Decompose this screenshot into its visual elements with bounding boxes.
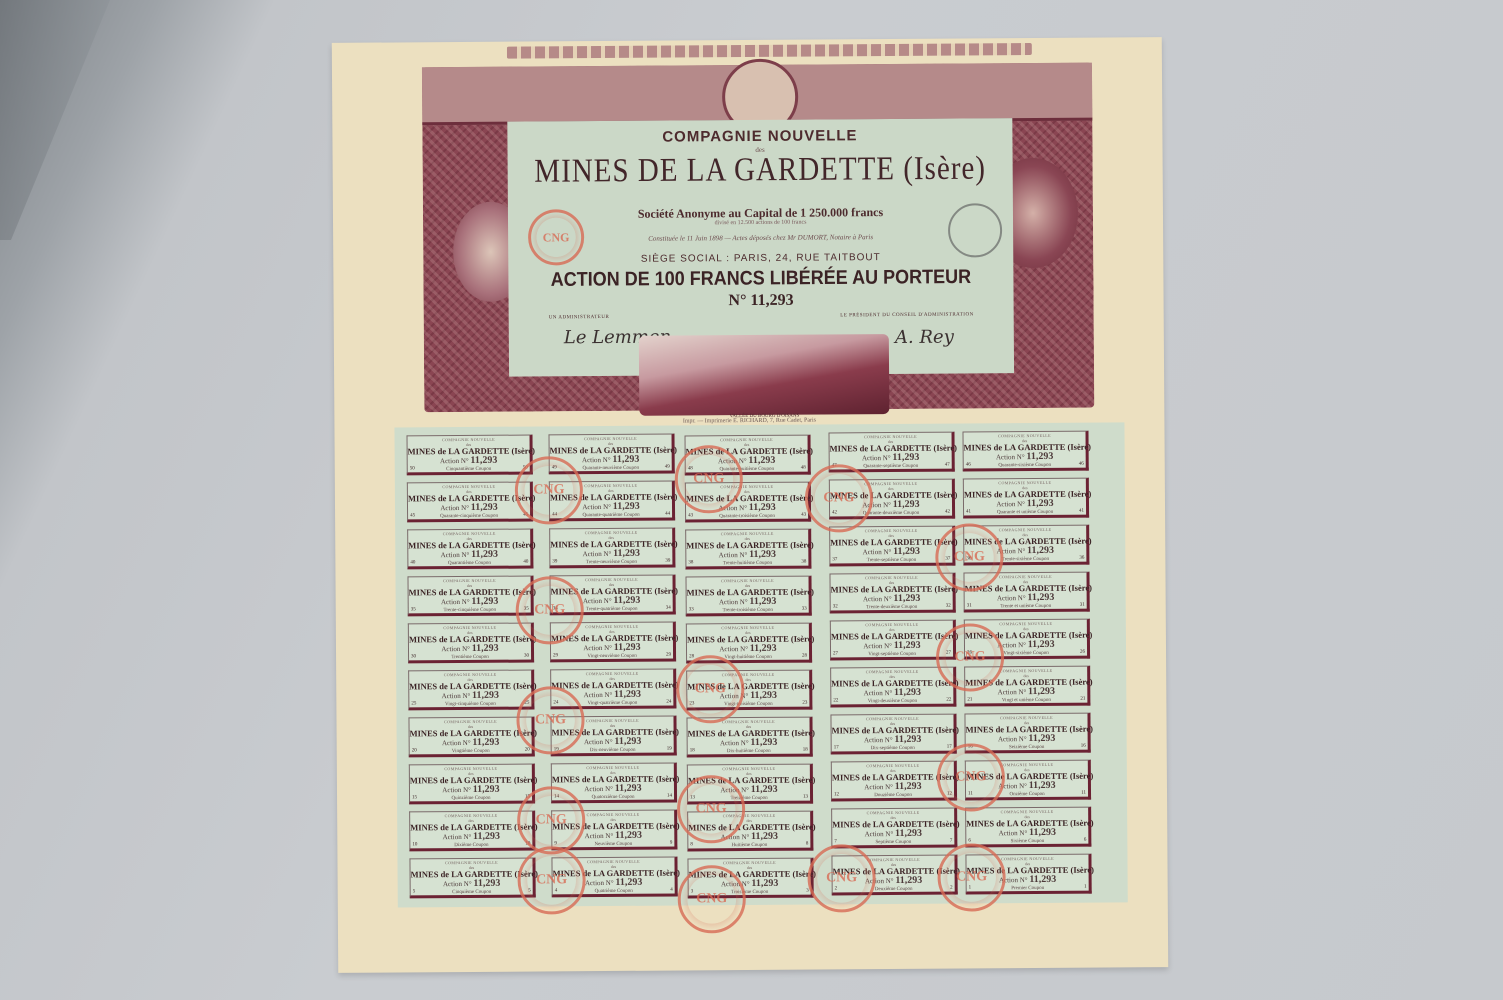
coupon-22: COMPAGNIE NOUVELLEdesMINES de LA GARDETT… xyxy=(830,667,956,708)
coupon-action-label: Action N° xyxy=(864,783,893,791)
coupon-number: 11,293 xyxy=(471,549,498,560)
coupon-action-label: Action N° xyxy=(998,688,1027,696)
coupon-index-right: 8 xyxy=(806,842,809,847)
coupon-number: 11,293 xyxy=(1029,827,1056,838)
coupon-index-right: 36 xyxy=(1079,556,1084,561)
coupon-38: COMPAGNIE NOUVELLEdesMINES de LA GARDETT… xyxy=(685,529,811,570)
coupon-action: Action N° 11,293 xyxy=(408,549,530,561)
coupon-number: 11,293 xyxy=(894,687,921,698)
coupon-number: 11,293 xyxy=(615,783,642,794)
coupon-label: Vingtième Coupon xyxy=(410,749,532,755)
coupon-number: 11,293 xyxy=(750,737,777,748)
coupon-action: Action N° 11,293 xyxy=(408,502,530,514)
coupon-action-label: Action N° xyxy=(440,504,469,512)
coupon-index-right: 24 xyxy=(666,700,671,705)
coupon-action-label: Action N° xyxy=(996,453,1025,461)
coupon-label: Cinquième Coupon xyxy=(411,890,533,896)
coupon-40: COMPAGNIE NOUVELLEdesMINES de LA GARDETT… xyxy=(407,529,533,570)
coupon-number: 11,293 xyxy=(1028,733,1055,744)
coupon-33: COMPAGNIE NOUVELLEdesMINES de LA GARDETT… xyxy=(685,576,811,617)
coupon-32: COMPAGNIE NOUVELLEdesMINES de LA GARDETT… xyxy=(829,573,955,614)
number-value: 11,293 xyxy=(750,292,793,309)
coupon-number: 11,293 xyxy=(895,875,922,886)
coupon-action: Action N° 11,293 xyxy=(687,643,809,655)
coupon-number: 11,293 xyxy=(1027,498,1054,509)
coupon-action-label: Action N° xyxy=(441,551,470,559)
coupon-label: Quarante-troisième Coupon xyxy=(686,514,808,520)
coupon-index-right: 34 xyxy=(666,606,671,611)
coupon-action-label: Action N° xyxy=(864,736,893,744)
coupon-index-right: 9 xyxy=(670,841,673,846)
coupon-number: 11,293 xyxy=(615,830,642,841)
coupon-index-right: 18 xyxy=(803,748,808,753)
coupon-index-right: 46 xyxy=(1079,462,1084,467)
coupon-action-label: Action N° xyxy=(442,692,471,700)
coupon-action: Action N° 11,293 xyxy=(410,737,532,749)
red-seal-stamp: CNG xyxy=(515,576,583,644)
red-seal-stamp: CNG xyxy=(515,456,583,524)
coupon-index-right: 4 xyxy=(670,888,673,893)
coupon-number: 11,293 xyxy=(472,643,499,654)
coupon-number: 11,293 xyxy=(614,689,641,700)
coupon-index-right: 29 xyxy=(666,653,671,658)
red-seal-stamp: CNG xyxy=(805,464,873,532)
coupon-label: Cinquantième Coupon xyxy=(408,467,530,473)
coupon-label: Quarantième Coupon xyxy=(408,561,530,567)
coupon-label: Trente et unième Coupon xyxy=(965,604,1087,610)
coupon-number: 11,293 xyxy=(1029,874,1056,885)
coupon-action: Action N° 11,293 xyxy=(411,878,533,890)
coupon-action-label: Action N° xyxy=(720,739,749,747)
coupon-action: Action N° 11,293 xyxy=(831,593,953,605)
coupon-number: 11,293 xyxy=(615,877,642,888)
coupon-index-right: 41 xyxy=(1079,509,1084,514)
coupon-label: Vingt-cinquième Coupon xyxy=(409,702,531,708)
coupon-label: Sixième Coupon xyxy=(966,839,1088,845)
red-seal-stamp: CNG xyxy=(937,843,1005,911)
coupon-label: Dixième Coupon xyxy=(410,843,532,849)
coupon-action-label: Action N° xyxy=(999,829,1028,837)
coupon-label: Douzième Coupon xyxy=(832,793,954,799)
coupon-label: Trente-neuvième Coupon xyxy=(550,560,672,566)
coupon-label: Quarante et unième Coupon xyxy=(964,510,1086,516)
coupon-action: Action N° 11,293 xyxy=(831,687,953,699)
coupon-label: Trente-huitième Coupon xyxy=(686,561,808,567)
coupon-label: Quarante-cinquième Coupon xyxy=(408,514,530,520)
coupon-action: Action N° 11,293 xyxy=(832,734,954,746)
red-seal-stamp: CNG xyxy=(935,523,1003,591)
coupon-index-right: 38 xyxy=(801,560,806,565)
coupon-action-label: Action N° xyxy=(585,832,614,840)
head-office-line: SIÈGE SOCIAL : PARIS, 24, RUE TAITBOUT xyxy=(508,251,1013,266)
coupon-index-right: 21 xyxy=(1080,697,1085,702)
coupon-action-label: Action N° xyxy=(584,738,613,746)
coupon-label: Trente-septième Coupon xyxy=(830,558,952,564)
coupon-50: COMPAGNIE NOUVELLEdesMINES de LA GARDETT… xyxy=(407,435,533,476)
coupon-action-label: Action N° xyxy=(865,830,894,838)
administrator-label: UN ADMINISTRATEUR xyxy=(549,315,610,320)
coupon-action-label: Action N° xyxy=(585,879,614,887)
red-seal-stamp: CNG xyxy=(676,655,744,723)
coupon-number: 11,293 xyxy=(614,736,641,747)
valley-landscape-vignette: VALLÉE DU BOURG D'OISANS xyxy=(639,334,890,416)
coupon-action: Action N° 11,293 xyxy=(830,546,952,558)
number-label: N° xyxy=(728,292,746,309)
coupon-action: Action N° 11,293 xyxy=(409,596,531,608)
red-seal-stamp: CNG xyxy=(678,865,746,933)
coupon-action-label: Action N° xyxy=(996,500,1025,508)
coupon-action-label: Action N° xyxy=(583,644,612,652)
coupon-action: Action N° 11,293 xyxy=(966,733,1088,745)
coupon-action-label: Action N° xyxy=(582,456,611,464)
coupon-action: Action N° 11,293 xyxy=(409,643,531,655)
coupon-25: COMPAGNIE NOUVELLEdesMINES de LA GARDETT… xyxy=(408,670,534,711)
coupon-number: 11,293 xyxy=(751,878,778,889)
coupon-action-label: Action N° xyxy=(719,645,748,653)
coupon-action-label: Action N° xyxy=(442,739,471,747)
coupon-number: 11,293 xyxy=(1028,686,1055,697)
certificate-title: MINES DE LA GARDETTE (Isère) xyxy=(508,150,1013,191)
coupon-number: 11,293 xyxy=(895,781,922,792)
coupon-action: Action N° 11,293 xyxy=(686,549,808,561)
coupon-number: 11,293 xyxy=(613,595,640,606)
coupon-index-right: 19 xyxy=(667,747,672,752)
coupon-action-label: Action N° xyxy=(863,595,892,603)
coupon-index-right: 20 xyxy=(525,748,530,753)
coupon-number: 11,293 xyxy=(472,737,499,748)
coupon-number: 11,293 xyxy=(748,455,775,466)
coupon-label: Trentième Coupon xyxy=(409,655,531,661)
coupon-index-right: 22 xyxy=(946,698,951,703)
coupon-label: Vingt-neuvième Coupon xyxy=(551,654,673,660)
coupon-index-right: 30 xyxy=(524,654,529,659)
coupon-action-label: Action N° xyxy=(441,598,470,606)
coupon-number: 11,293 xyxy=(612,454,639,465)
coupon-action: Action N° 11,293 xyxy=(409,690,531,702)
coupon-label: Septième Coupon xyxy=(832,840,954,846)
coupon-number: 11,293 xyxy=(613,501,640,512)
coupon-number: 11,293 xyxy=(893,593,920,604)
coupon-action: Action N° 11,293 xyxy=(830,452,952,464)
coupon-index-right: 44 xyxy=(665,512,670,517)
coupon-index-right: 1 xyxy=(1084,885,1087,890)
red-seal-stamp: CNG xyxy=(677,775,745,843)
coupon-action-label: Action N° xyxy=(583,597,612,605)
coupon-index-right: 32 xyxy=(946,604,951,609)
coupon-6: COMPAGNIE NOUVELLEdesMINES de LA GARDETT… xyxy=(965,807,1091,848)
coupon-label: Vingt-septième Coupon xyxy=(831,652,953,658)
coupon-action: Action N° 11,293 xyxy=(410,784,532,796)
background-shadow xyxy=(0,0,110,240)
coupon-index-right: 43 xyxy=(801,513,806,518)
coupon-index-right: 23 xyxy=(802,701,807,706)
coupon-label: Vingt-deuxième Coupon xyxy=(831,699,953,705)
coupon-action: Action N° 11,293 xyxy=(832,781,954,793)
red-seal-stamp: CNG xyxy=(675,445,743,513)
coupon-index-right: 6 xyxy=(1084,838,1087,843)
coupon-action-label: Action N° xyxy=(997,594,1026,602)
coupon-action: Action N° 11,293 xyxy=(831,640,953,652)
coupon-action: Action N° 11,293 xyxy=(551,642,673,654)
coupon-action-label: Action N° xyxy=(862,454,891,462)
coupon-number: 11,293 xyxy=(470,455,497,466)
coupon-15: COMPAGNIE NOUVELLEdesMINES de LA GARDETT… xyxy=(409,764,535,805)
coupon-action: Action N° 11,293 xyxy=(832,828,954,840)
coupon-action-label: Action N° xyxy=(864,689,893,697)
coupon-action-label: Action N° xyxy=(443,833,472,841)
coupon-label: Quinzième Coupon xyxy=(410,796,532,802)
coupon-number: 11,293 xyxy=(749,596,776,607)
red-seal-stamp: CNG xyxy=(517,786,585,854)
coupon-number: 11,293 xyxy=(471,596,498,607)
coupon-index-right: 48 xyxy=(801,466,806,471)
coupon-index-right: 49 xyxy=(665,465,670,470)
coupon-sheet: COMPAGNIE NOUVELLEdesMINES de LA GARDETT… xyxy=(394,422,1127,907)
coupon-number: 11,293 xyxy=(893,499,920,510)
coupon-label: Quarante-sixième Coupon xyxy=(964,463,1086,469)
coupon-number: 11,293 xyxy=(1027,592,1054,603)
coupon-action: Action N° 11,293 xyxy=(965,592,1087,604)
coupon-action: Action N° 11,293 xyxy=(964,451,1086,463)
coupon-number: 11,293 xyxy=(895,828,922,839)
coupon-action-label: Action N° xyxy=(443,880,472,888)
coupon-action: Action N° 11,293 xyxy=(688,737,810,749)
coupon-number: 11,293 xyxy=(1026,451,1053,462)
coupon-number: 11,293 xyxy=(614,642,641,653)
tax-stamp xyxy=(948,203,1002,257)
coupon-action: Action N° 11,293 xyxy=(687,596,809,608)
coupon-index-right: 3 xyxy=(806,889,809,894)
coupon-number: 11,293 xyxy=(1029,780,1056,791)
coupon-label: Dix-neuvième Coupon xyxy=(552,748,674,754)
coupon-action-label: Action N° xyxy=(863,548,892,556)
coupon-label: Trente-cinquième Coupon xyxy=(409,608,531,614)
coupon-index-right: 42 xyxy=(945,510,950,515)
coupon-number: 11,293 xyxy=(894,640,921,651)
red-seal-stamp: CNG xyxy=(937,743,1005,811)
coupon-number: 11,293 xyxy=(749,502,776,513)
coupon-number: 11,293 xyxy=(894,734,921,745)
coupon-number: 11,293 xyxy=(751,784,778,795)
president-signature: A. Rey xyxy=(895,327,954,348)
coupon-index-right: 40 xyxy=(523,560,528,565)
share-certificate: COMPAGNIE NOUVELLE des MINES DE LA GARDE… xyxy=(332,37,1168,973)
coupon-label: Dix-huitième Coupon xyxy=(688,749,810,755)
coupon-number: 11,293 xyxy=(473,878,500,889)
coupon-index-right: 33 xyxy=(802,607,807,612)
coupon-label: Huitième Coupon xyxy=(688,843,810,849)
president-label: LE PRÉSIDENT DU CONSEIL D'ADMINISTRATION xyxy=(840,312,973,318)
coupon-number: 11,293 xyxy=(473,831,500,842)
coupon-action-label: Action N° xyxy=(998,735,1027,743)
share-type: ACTION DE 100 FRANCS LIBÉRÉE AU PORTEUR xyxy=(508,265,1013,292)
coupon-action-label: Action N° xyxy=(584,691,613,699)
coupon-action-label: Action N° xyxy=(584,785,613,793)
coupon-action-label: Action N° xyxy=(863,642,892,650)
coupon-index-right: 31 xyxy=(1080,603,1085,608)
coupon-index-right: 39 xyxy=(665,559,670,564)
coupon-number: 11,293 xyxy=(613,548,640,559)
coupon-number: 11,293 xyxy=(892,452,919,463)
coupon-action-label: Action N° xyxy=(442,786,471,794)
coupon-label: Vingt et unième Coupon xyxy=(965,698,1087,704)
red-seal-stamp: CNG xyxy=(807,844,875,912)
coupon-index-right: 14 xyxy=(667,794,672,799)
coupon-action-label: Action N° xyxy=(583,550,612,558)
coupon-number: 11,293 xyxy=(751,831,778,842)
coupon-label: Trente-troisième Coupon xyxy=(687,608,809,614)
coupon-action-label: Action N° xyxy=(440,457,469,465)
coupon-action-label: Action N° xyxy=(441,645,470,653)
coupon-30: COMPAGNIE NOUVELLEdesMINES de LA GARDETT… xyxy=(408,623,534,664)
coupon-action: Action N° 11,293 xyxy=(966,827,1088,839)
coupon-number: 11,293 xyxy=(749,549,776,560)
coupon-action-label: Action N° xyxy=(582,503,611,511)
coupon-7: COMPAGNIE NOUVELLEdesMINES de LA GARDETT… xyxy=(831,808,957,849)
coupon-index-right: 11 xyxy=(1081,791,1086,796)
coupon-action: Action N° 11,293 xyxy=(964,498,1086,510)
coupon-number: 11,293 xyxy=(1027,545,1054,556)
coupon-label: Dix-septième Coupon xyxy=(832,746,954,752)
coupon-number: 11,293 xyxy=(893,546,920,557)
certificate-number: N° 11,293 xyxy=(509,290,1014,312)
coupon-index-right: 28 xyxy=(802,654,807,659)
red-seal-stamp: CNG xyxy=(936,623,1004,691)
coupon-number: 11,293 xyxy=(750,690,777,701)
coupon-number: 11,293 xyxy=(473,784,500,795)
coupon-41: COMPAGNIE NOUVELLEdesMINES de LA GARDETT… xyxy=(963,478,1089,519)
coupon-39: COMPAGNIE NOUVELLEdesMINES de LA GARDETT… xyxy=(549,528,675,569)
coupon-index-right: 47 xyxy=(945,463,950,468)
coupon-action: Action N° 11,293 xyxy=(550,548,672,560)
red-seal-stamp: CNG xyxy=(516,686,584,754)
coupon-46: COMPAGNIE NOUVELLEdesMINES de LA GARDETT… xyxy=(962,431,1088,472)
coupon-index-right: 13 xyxy=(803,795,808,800)
frame-top-ornament xyxy=(422,63,1092,126)
company-line: COMPAGNIE NOUVELLE xyxy=(507,126,1012,147)
decorative-top-strip xyxy=(507,43,1032,59)
coupon-number: 11,293 xyxy=(1028,639,1055,650)
coupon-action: Action N° 11,293 xyxy=(408,455,530,467)
coupon-number: 11,293 xyxy=(471,502,498,513)
coupon-action-label: Action N° xyxy=(719,598,748,606)
coupon-17: COMPAGNIE NOUVELLEdesMINES de LA GARDETT… xyxy=(830,714,956,755)
coupon-label: Trente-deuxième Coupon xyxy=(831,605,953,611)
coupon-number: 11,293 xyxy=(472,690,499,701)
coupon-index-right: 16 xyxy=(1081,744,1086,749)
coupon-action-label: Action N° xyxy=(719,551,748,559)
coupon-number: 11,293 xyxy=(750,643,777,654)
coupon-action: Action N° 11,293 xyxy=(410,831,532,843)
coupon-index-right: 26 xyxy=(1080,650,1085,655)
coupon-index-right: 7 xyxy=(950,839,953,844)
red-seal-stamp: CNG xyxy=(517,846,585,914)
red-company-seal: CNG xyxy=(528,209,584,265)
